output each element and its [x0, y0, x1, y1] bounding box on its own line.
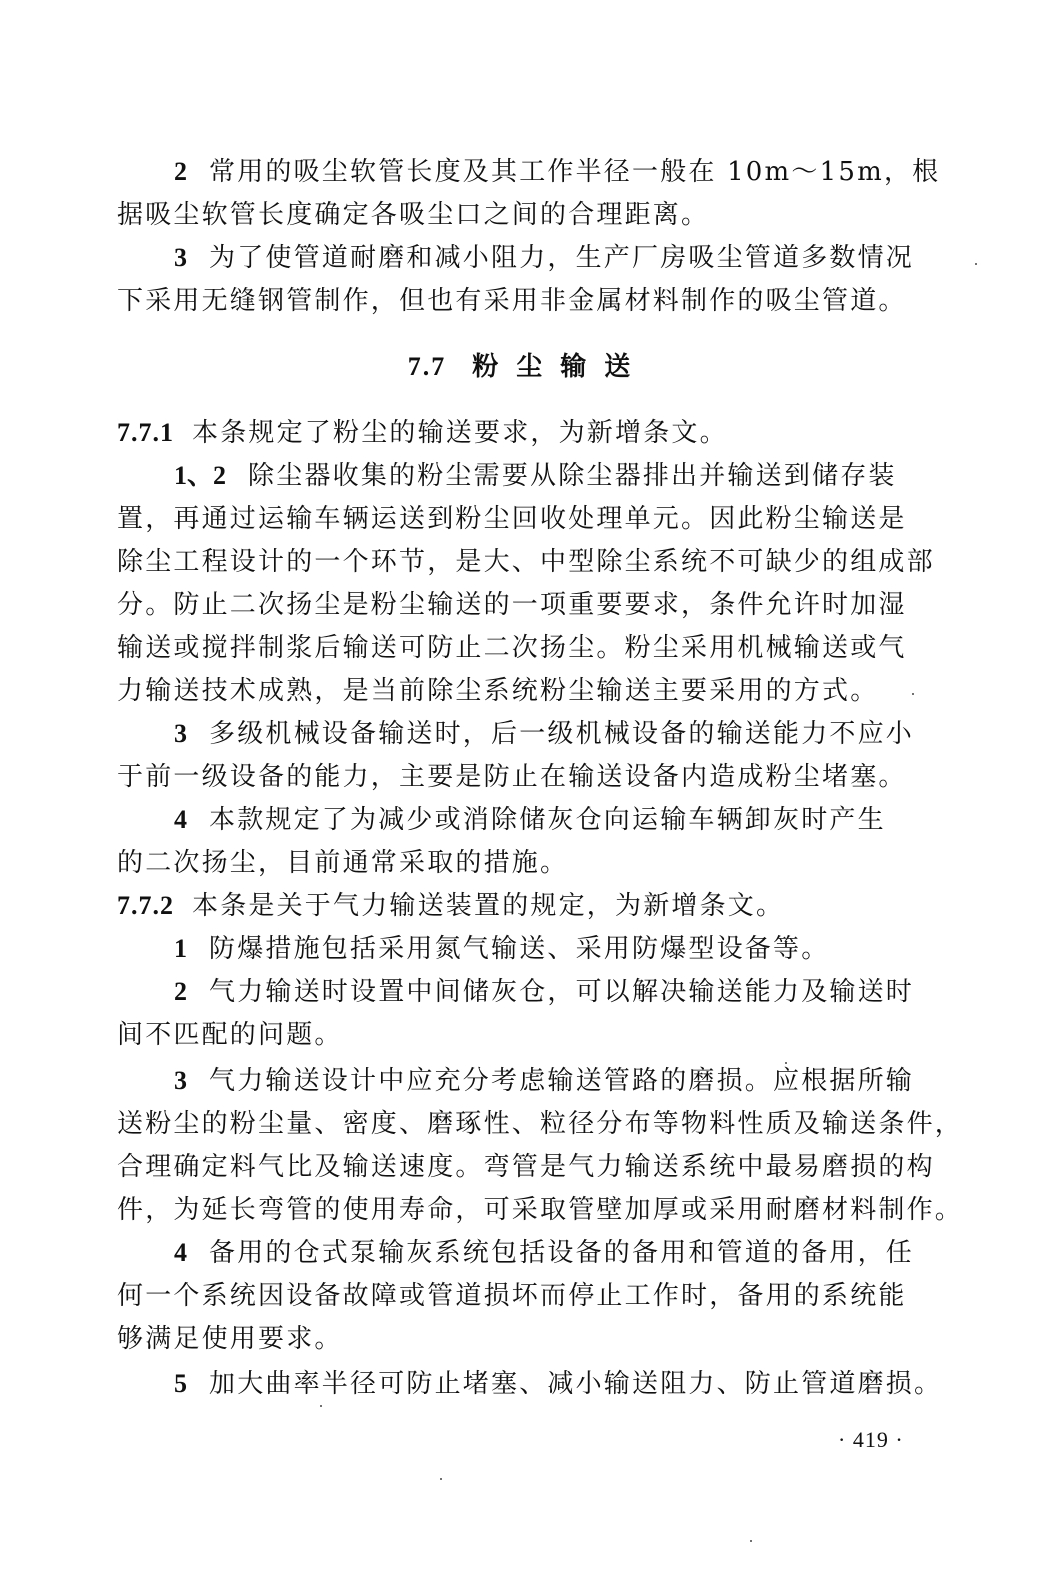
item-number: 2 — [174, 977, 187, 1006]
clause-7-7-1-item-4-line-2: 的二次扬尘，目前通常采取的措施。 — [117, 846, 929, 880]
scan-speck — [750, 1540, 752, 1542]
item-number: 3 — [174, 1066, 187, 1095]
section-number: 7.7 — [408, 352, 447, 381]
text: 本款规定了为减少或消除储灰仓向运输车辆卸灰时产生 — [209, 805, 886, 835]
clause-7-7-2-item-5-line-1: 5加大曲率半径可防止堵塞、减小输送阻力、防止管道磨损。 — [174, 1367, 929, 1401]
text: 气力输送设计中应充分考虑输送管路的磨损。应根据所输 — [209, 1066, 914, 1096]
paragraph-3-line-2: 下采用无缝钢管制作，但也有采用非金属材料制作的吸尘管道。 — [117, 284, 929, 318]
text: 常用的吸尘软管长度及其工作半径一般在 10m～15m，根 — [209, 157, 940, 187]
section-title: 粉尘输送 — [472, 352, 648, 382]
item-number: 4 — [174, 1238, 187, 1267]
text: 为了使管道耐磨和减小阻力，生产厂房吸尘管道多数情况 — [209, 243, 914, 273]
clause-7-7-2: 7.7.2本条是关于气力输送装置的规定，为新增条文。 — [117, 889, 929, 923]
item-number: 1 — [174, 934, 187, 963]
clause-7-7-1-item-1-2-line-6: 力输送技术成熟，是当前除尘系统粉尘输送主要采用的方式。 — [117, 674, 929, 708]
clause-7-7-1-item-4-line-1: 4本款规定了为减少或消除储灰仓向运输车辆卸灰时产生 — [174, 803, 929, 837]
item-number: 2 — [174, 157, 187, 186]
clause-number: 7.7.1 — [117, 418, 174, 447]
clause-7-7-1-item-1-2-line-5: 输送或搅拌制浆后输送可防止二次扬尘。粉尘采用机械输送或气 — [117, 631, 929, 665]
scan-speck — [912, 693, 914, 695]
clause-7-7-2-item-4-line-1: 4备用的仓式泵输灰系统包括设备的备用和管道的备用，任 — [174, 1236, 929, 1270]
clause-text: 本条是关于气力输送装置的规定，为新增条文。 — [192, 891, 784, 921]
page-number: · 419 · — [838, 1426, 904, 1454]
text: 加大曲率半径可防止堵塞、减小输送阻力、防止管道磨损。 — [209, 1369, 942, 1399]
scan-speck — [440, 1478, 442, 1480]
scan-speck — [975, 263, 977, 265]
clause-7-7-1-item-3-line-1: 3多级机械设备输送时，后一级机械设备的输送能力不应小 — [174, 717, 929, 751]
clause-7-7-2-item-2-line-2: 间不匹配的问题。 — [117, 1018, 929, 1052]
clause-7-7-1-item-3-line-2: 于前一级设备的能力，主要是防止在输送设备内造成粉尘堵塞。 — [117, 760, 929, 794]
section-heading: 7.7粉尘输送 — [0, 350, 1056, 384]
clause-7-7-1-item-1-2-line-3: 除尘工程设计的一个环节，是大、中型除尘系统不可缺少的组成部 — [117, 545, 929, 579]
document-page: 2常用的吸尘软管长度及其工作半径一般在 10m～15m，根 据吸尘软管长度确定各… — [0, 0, 1056, 1589]
paragraph-3-line-1: 3为了使管道耐磨和减小阻力，生产厂房吸尘管道多数情况 — [174, 241, 929, 275]
item-number: 4 — [174, 805, 187, 834]
item-number: 3 — [174, 243, 187, 272]
item-number: 5 — [174, 1369, 187, 1398]
scan-speck — [320, 1405, 322, 1407]
clause-7-7-1-item-1-2-line-4: 分。防止二次扬尘是粉尘输送的一项重要要求，条件允许时加湿 — [117, 588, 929, 622]
scan-speck — [785, 1062, 787, 1064]
clause-7-7-2-item-3-line-3: 合理确定料气比及输送速度。弯管是气力输送系统中最易磨损的构 — [117, 1150, 929, 1184]
text: 除尘器收集的粉尘需要从除尘器排出并输送到储存装 — [248, 461, 897, 491]
clause-7-7-2-item-2-line-1: 2气力输送时设置中间储灰仓，可以解决输送能力及输送时 — [174, 975, 929, 1009]
clause-number: 7.7.2 — [117, 891, 174, 920]
clause-7-7-2-item-3-line-2: 送粉尘的粉尘量、密度、磨琢性、粒径分布等物料性质及输送条件， — [117, 1107, 929, 1141]
clause-text: 本条规定了粉尘的输送要求，为新增条文。 — [192, 418, 728, 448]
text: 气力输送时设置中间储灰仓，可以解决输送能力及输送时 — [209, 977, 914, 1007]
text: 备用的仓式泵输灰系统包括设备的备用和管道的备用，任 — [209, 1238, 914, 1268]
clause-7-7-1: 7.7.1本条规定了粉尘的输送要求，为新增条文。 — [117, 416, 929, 450]
paragraph-2-line-1: 2常用的吸尘软管长度及其工作半径一般在 10m～15m，根 — [174, 155, 929, 189]
text: 多级机械设备输送时，后一级机械设备的输送能力不应小 — [209, 719, 914, 749]
clause-7-7-2-item-4-line-2: 何一个系统因设备故障或管道损坏而停止工作时，备用的系统能 — [117, 1279, 929, 1313]
paragraph-2-line-2: 据吸尘软管长度确定各吸尘口之间的合理距离。 — [117, 198, 929, 232]
clause-7-7-2-item-4-line-3: 够满足使用要求。 — [117, 1322, 929, 1356]
clause-7-7-1-item-1-2-line-2: 置，再通过运输车辆运送到粉尘回收处理单元。因此粉尘输送是 — [117, 502, 929, 536]
item-number: 1、2 — [174, 461, 226, 490]
clause-7-7-2-item-3-line-1: 3气力输送设计中应充分考虑输送管路的磨损。应根据所输 — [174, 1064, 929, 1098]
clause-7-7-2-item-1-line-1: 1防爆措施包括采用氮气输送、采用防爆型设备等。 — [174, 932, 929, 966]
clause-7-7-2-item-3-line-4: 件，为延长弯管的使用寿命，可采取管壁加厚或采用耐磨材料制作。 — [117, 1193, 929, 1227]
text: 防爆措施包括采用氮气输送、采用防爆型设备等。 — [209, 934, 829, 964]
item-number: 3 — [174, 719, 187, 748]
clause-7-7-1-item-1-2-line-1: 1、2除尘器收集的粉尘需要从除尘器排出并输送到储存装 — [174, 459, 929, 493]
